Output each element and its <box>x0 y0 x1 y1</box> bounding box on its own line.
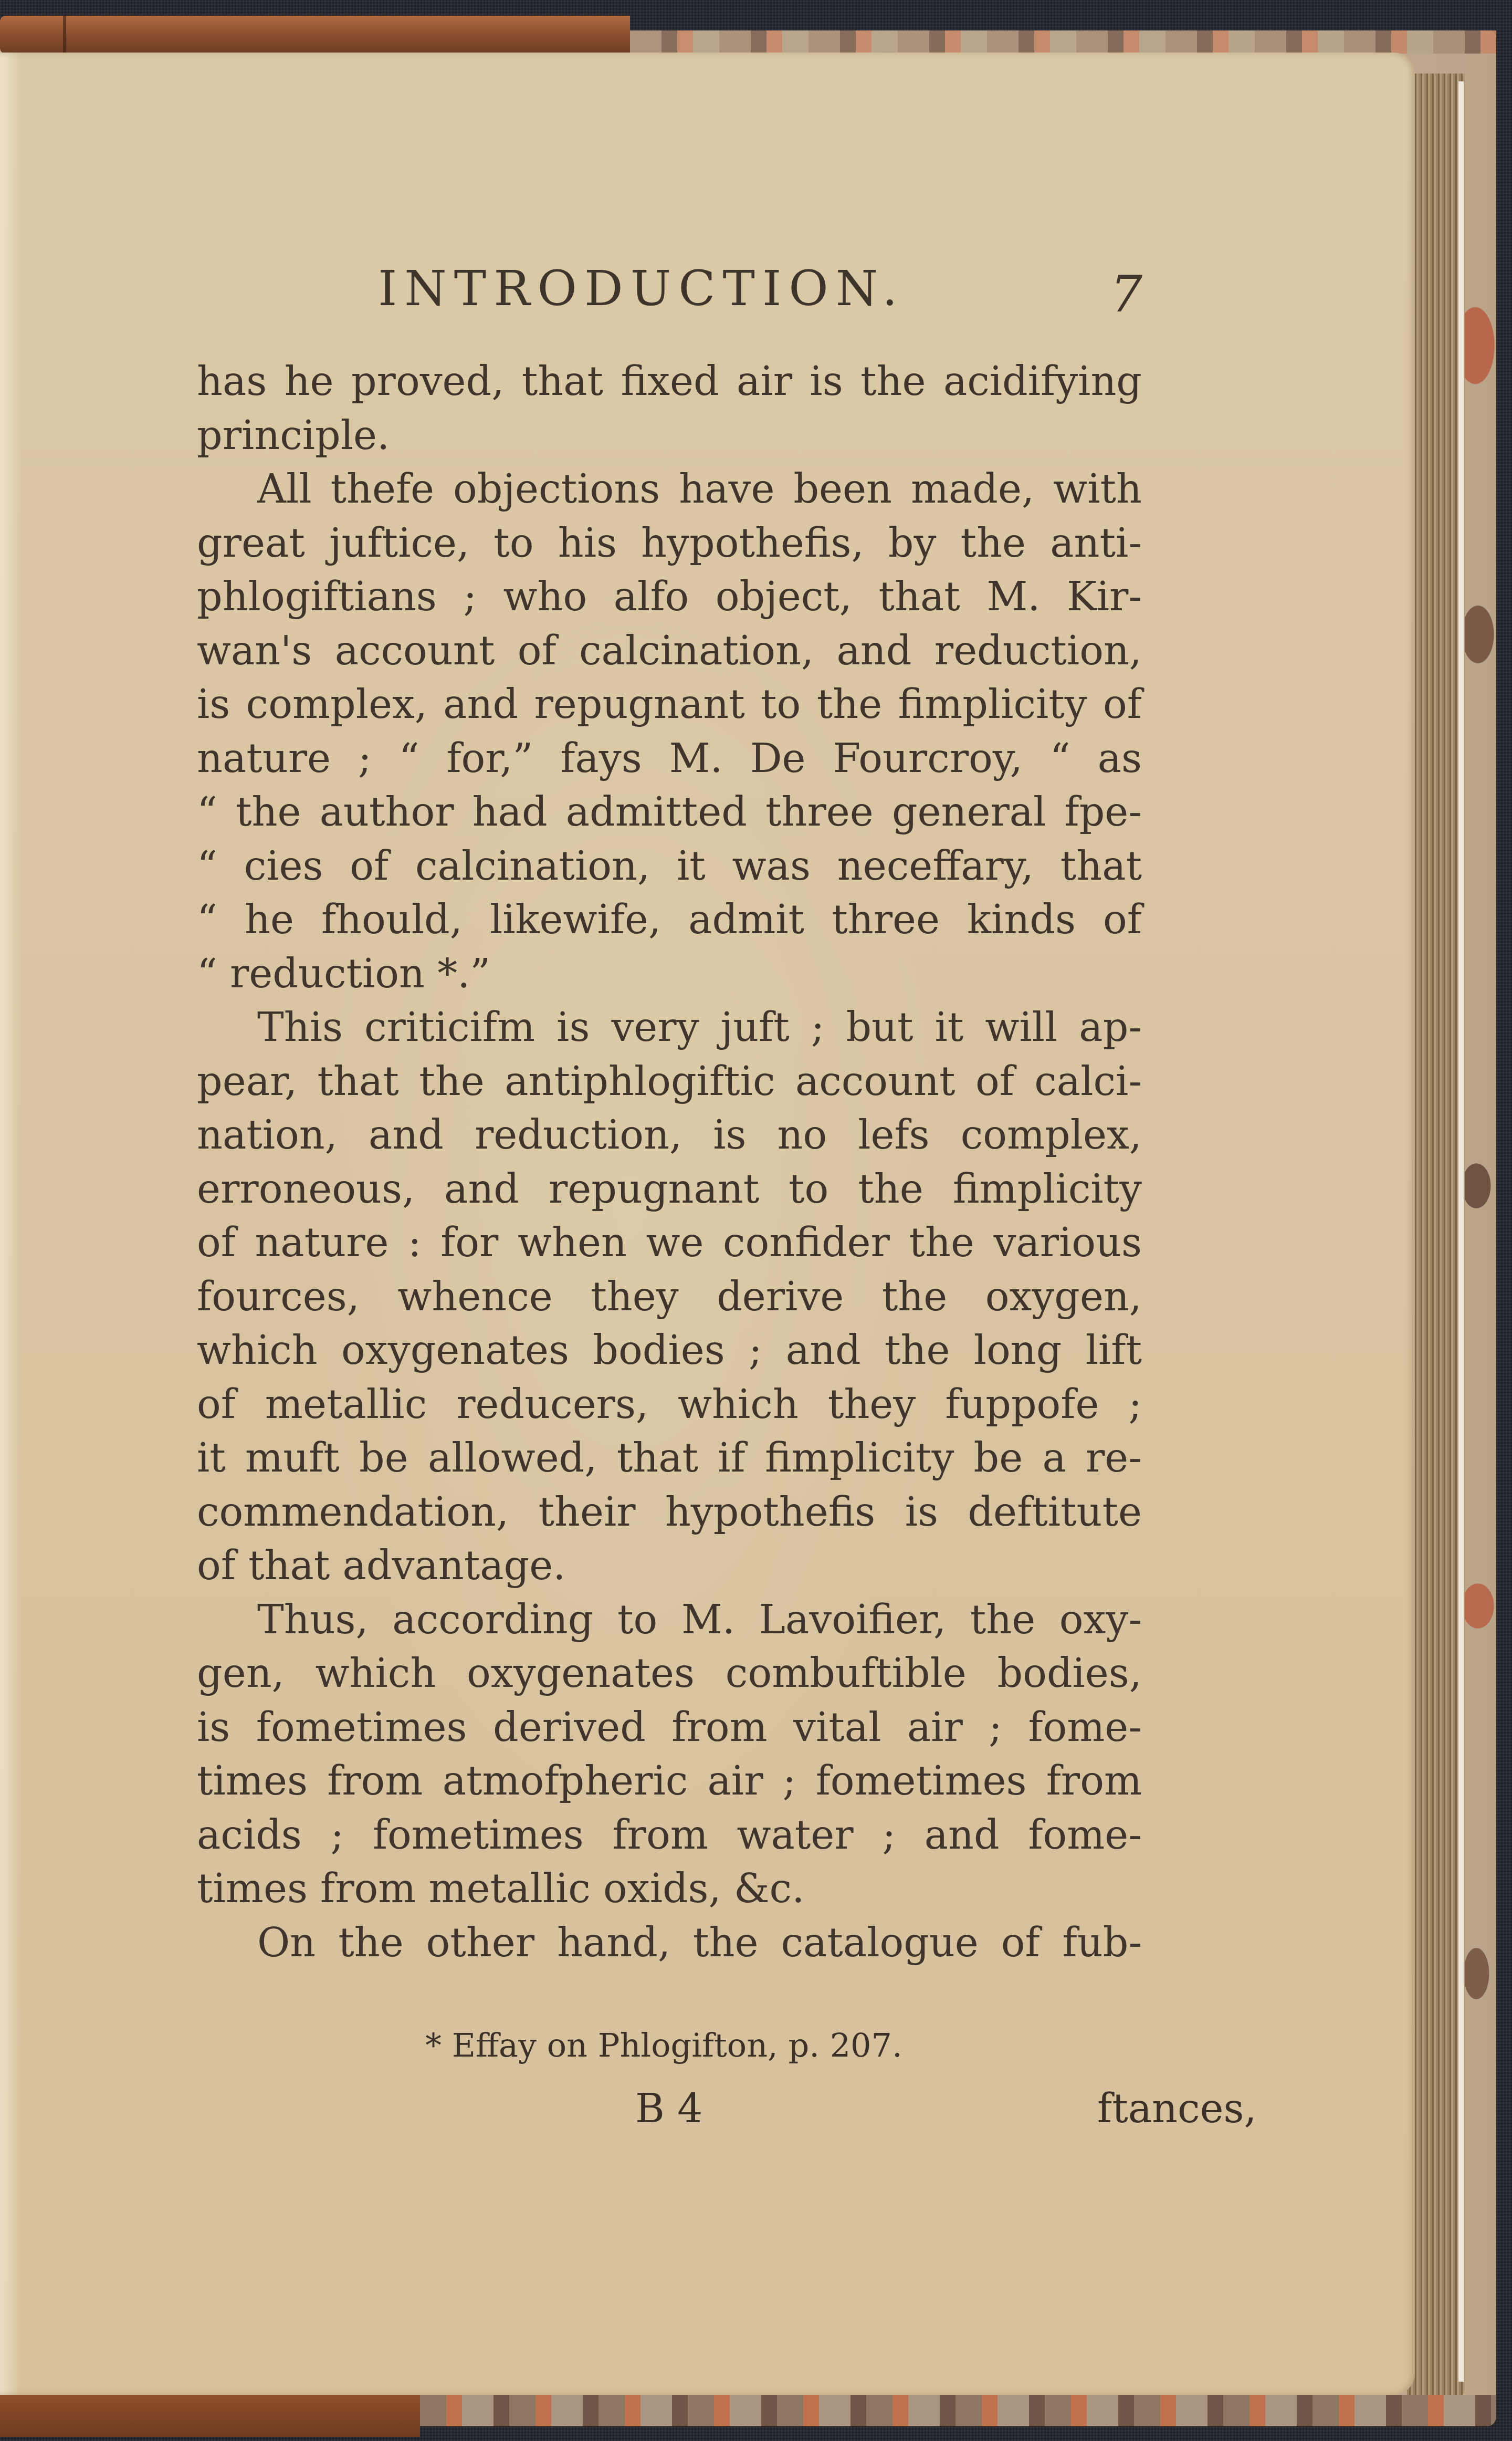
leather-spine-bottom <box>0 2395 420 2437</box>
marbled-edge-bottom <box>420 2395 1496 2426</box>
text-line: times from atmofpheric air ; fometimes f… <box>197 1754 1142 1808</box>
text-line: it muft be allowed, that if fimplicity b… <box>197 1431 1142 1485</box>
text-line: Thus, according to M. Lavoifier, the oxy… <box>197 1593 1142 1647</box>
text-line: is fometimes derived from vital air ; fo… <box>197 1701 1142 1755</box>
text-line: acids ; fometimes from water ; and fome- <box>197 1808 1142 1862</box>
text-line: is complex, and repugnant to the fimplic… <box>197 677 1142 732</box>
text-line: has he proved, that fixed air is the aci… <box>197 354 1142 409</box>
text-line: “ cies of calcination, it was neceffary,… <box>197 839 1142 893</box>
book-page: INTRODUCTION. 7 has he proved, that fixe… <box>0 53 1415 2395</box>
signature-mark: B 4 <box>635 2080 702 2137</box>
footnote: * Effay on Phlogifton, p. 207. <box>425 2019 902 2072</box>
text-line: On the other hand, the catalogue of fub- <box>197 1916 1142 1970</box>
text-line: great juftice, to his hypothefis, by the… <box>197 516 1142 570</box>
text-line: All thefe objections have been made, wit… <box>197 462 1142 516</box>
text-line: phlogiftians ; who alfo object, that M. … <box>197 570 1142 624</box>
text-line: gen, which oxygenates combuftible bodies… <box>197 1646 1142 1701</box>
page-block-edge <box>1407 74 1465 2395</box>
catchword: ftances, <box>1097 2080 1257 2137</box>
marbled-edge-top <box>630 30 1496 54</box>
text-line: wan's account of calcination, and reduct… <box>197 624 1142 678</box>
text-line: fources, whence they derive the oxygen, <box>197 1270 1142 1324</box>
text-line: nation, and reduction, is no lefs comple… <box>197 1108 1142 1162</box>
running-head-title: INTRODUCTION. <box>378 252 850 326</box>
page-number: 7 <box>1110 257 1142 331</box>
text-line: commendation, their hypothefis is deftit… <box>197 1485 1142 1539</box>
text-line: nature ; “ for,” fays M. De Fourcroy, “ … <box>197 732 1142 786</box>
text-line: of metallic reducers, which they fuppofe… <box>197 1378 1142 1432</box>
text-line: of that advantage. <box>197 1539 1142 1593</box>
text-line: times from metallic oxids, &c. <box>197 1862 1142 1916</box>
body-text: has he proved, that fixed air is the aci… <box>197 354 1142 1969</box>
text-line: “ he fhould, likewife, admit three kinds… <box>197 893 1142 947</box>
text-line: This criticifm is very juft ; but it wil… <box>197 1000 1142 1055</box>
text-line: “ the author had admitted three general … <box>197 785 1142 839</box>
text-line: which oxygenates bodies ; and the long l… <box>197 1323 1142 1378</box>
text-line: principle. <box>197 409 1142 463</box>
running-head: INTRODUCTION. 7 <box>0 252 1415 326</box>
leather-spine-top <box>0 16 630 54</box>
text-line: of nature : for when we confider the var… <box>197 1216 1142 1270</box>
text-line: “ reduction *.” <box>197 947 1142 1001</box>
text-line: pear, that the antiphlogiftic account of… <box>197 1055 1142 1109</box>
text-line: erroneous, and repugnant to the fimplici… <box>197 1162 1142 1216</box>
